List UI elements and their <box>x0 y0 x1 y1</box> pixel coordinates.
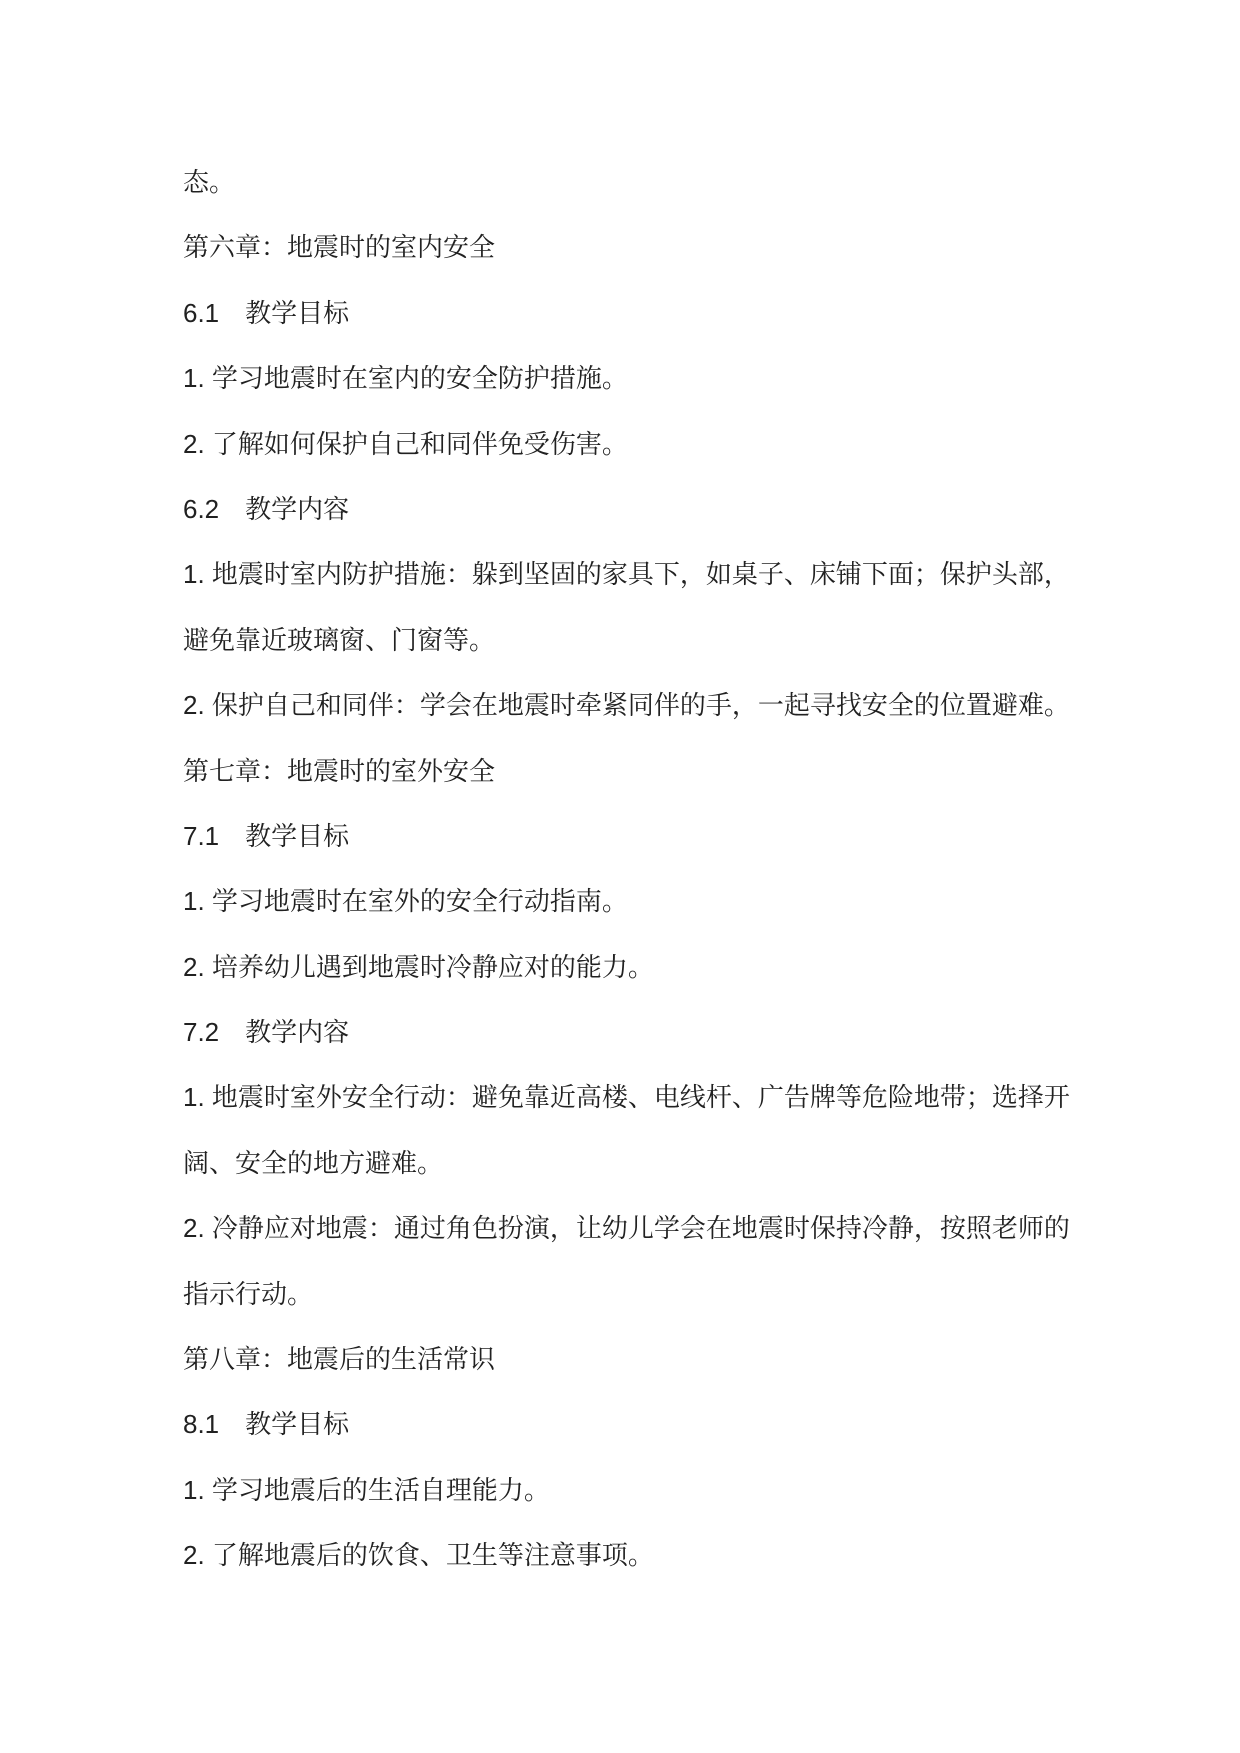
text-line: 态。 <box>183 150 1063 215</box>
text-line: 1. 学习地震时在室内的安全防护措施。 <box>183 346 1063 411</box>
text-line: 1. 学习地震时在室外的安全行动指南。 <box>183 869 1063 934</box>
text-line: 指示行动。 <box>183 1262 1063 1327</box>
text-line: 2. 培养幼儿遇到地震时冷静应对的能力。 <box>183 935 1063 1000</box>
text-line-chapter-heading: 第七章：地震时的室外安全 <box>183 739 1063 804</box>
text-line: 1. 学习地震后的生活自理能力。 <box>183 1458 1063 1523</box>
text-line-chapter-heading: 第八章：地震后的生活常识 <box>183 1327 1063 1392</box>
text-line: 1. 地震时室外安全行动：避免靠近高楼、电线杆、广告牌等危险地带；选择开 <box>183 1065 1063 1130</box>
document-page: 态。 第六章：地震时的室内安全 6.1 教学目标 1. 学习地震时在室内的安全防… <box>0 0 1240 1753</box>
text-line: 1. 地震时室内防护措施：躲到坚固的家具下，如桌子、床铺下面；保护头部， <box>183 542 1063 607</box>
text-line: 阔、安全的地方避难。 <box>183 1131 1063 1196</box>
text-line: 2. 保护自己和同伴：学会在地震时牵紧同伴的手，一起寻找安全的位置避难。 <box>183 673 1063 738</box>
text-line: 2. 冷静应对地震：通过角色扮演，让幼儿学会在地震时保持冷静，按照老师的 <box>183 1196 1063 1261</box>
text-line-section-heading: 7.1 教学目标 <box>183 804 1063 869</box>
text-line: 2. 了解地震后的饮食、卫生等注意事项。 <box>183 1523 1063 1588</box>
text-line-section-heading: 8.1 教学目标 <box>183 1392 1063 1457</box>
text-line-section-heading: 7.2 教学内容 <box>183 1000 1063 1065</box>
text-line: 避免靠近玻璃窗、门窗等。 <box>183 608 1063 673</box>
document-text-block: 态。 第六章：地震时的室内安全 6.1 教学目标 1. 学习地震时在室内的安全防… <box>183 150 1063 1589</box>
text-line-section-heading: 6.1 教学目标 <box>183 281 1063 346</box>
text-line: 2. 了解如何保护自己和同伴免受伤害。 <box>183 412 1063 477</box>
text-line-chapter-heading: 第六章：地震时的室内安全 <box>183 215 1063 280</box>
text-line-section-heading: 6.2 教学内容 <box>183 477 1063 542</box>
